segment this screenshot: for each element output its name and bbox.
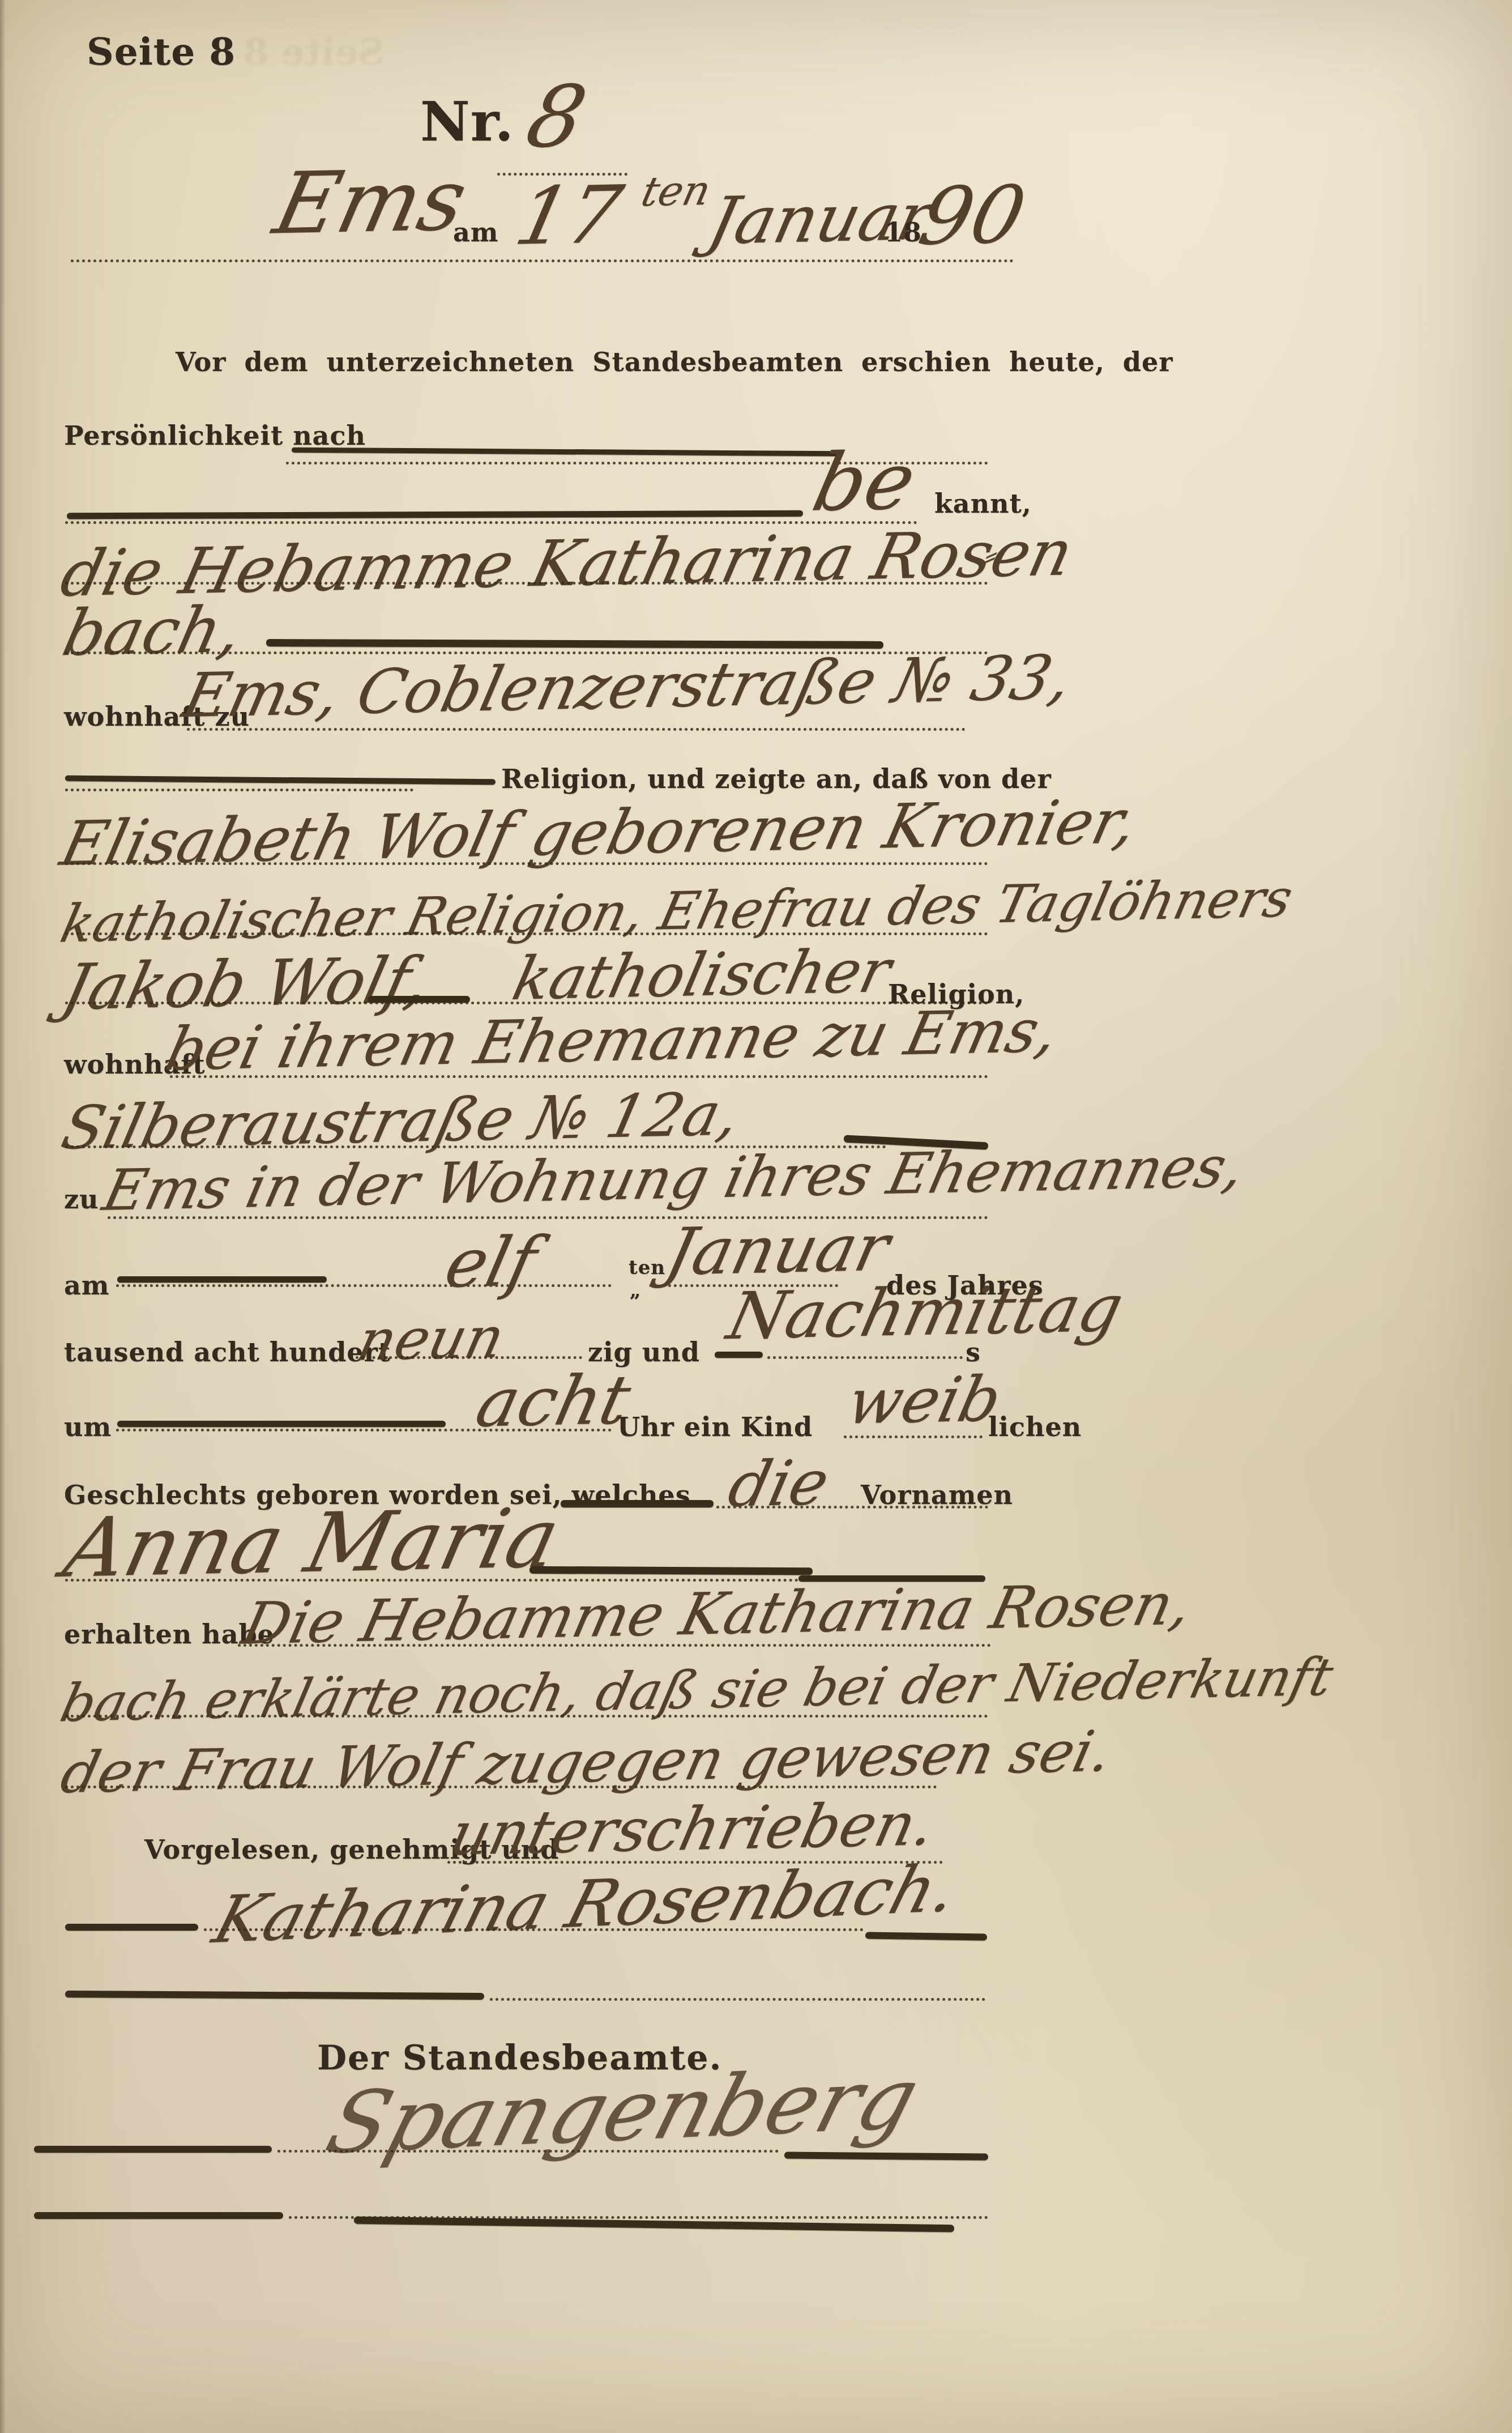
signed-word-handwritten: unterschrieben. bbox=[453, 1795, 932, 1864]
ink-stroke bbox=[266, 639, 883, 649]
dotted-rule bbox=[238, 1644, 991, 1647]
sex-suffix-printed: lichen bbox=[988, 1412, 1082, 1442]
ink-stroke bbox=[529, 1566, 813, 1575]
intro-printed-line: Vor dem unterzeichneten Standesbeamten e… bbox=[176, 347, 1173, 377]
uhr-ein-kind-printed: Uhr ein Kind bbox=[617, 1412, 813, 1442]
sex-handwritten: weib bbox=[849, 1364, 1000, 1437]
child-names-handwritten: Anna Maria bbox=[68, 1495, 556, 1591]
scanned-birth-record-page: Seite 8 Seite 8 Nr. 8 Ems am 17 ten Janu… bbox=[0, 0, 1512, 2433]
ink-stroke bbox=[65, 1991, 484, 2000]
known-handwritten: be bbox=[815, 436, 913, 529]
ink-stroke bbox=[292, 448, 841, 457]
dotted-rule bbox=[490, 1998, 985, 2001]
ten-quote-mark: „ bbox=[630, 1279, 642, 1302]
identity-printed-label: Persönlichkeit nach bbox=[64, 420, 366, 451]
dotted-rule bbox=[65, 862, 988, 865]
um-printed: um bbox=[64, 1412, 112, 1442]
ink-stroke bbox=[117, 1276, 327, 1282]
closing-handwritten-line2: bach erklärte noch, daß sie bei der Nied… bbox=[65, 1660, 1329, 1720]
dotted-rule bbox=[71, 259, 1014, 262]
dotted-rule bbox=[187, 728, 966, 731]
dotted-rule bbox=[767, 1356, 963, 1359]
mother-handwritten-line1: Elisabeth Wolf geborenen Kronier, bbox=[65, 798, 1133, 868]
day-handwritten: 17 bbox=[518, 170, 619, 262]
am-label: am bbox=[453, 217, 498, 248]
ink-stroke bbox=[65, 776, 496, 785]
page-number-label: Seite 8 bbox=[87, 29, 236, 74]
dotted-rule bbox=[204, 1928, 864, 1931]
year-prefix-printed: tausend acht hundert bbox=[64, 1337, 391, 1367]
registrar-signature: Spangenberg bbox=[334, 2062, 911, 2161]
place-handwritten: Ems bbox=[277, 153, 464, 252]
ink-stroke bbox=[117, 1421, 446, 1427]
dotted-rule bbox=[65, 932, 988, 935]
vornamen-printed: Vornamen bbox=[861, 1480, 1013, 1510]
birth-day-handwritten: elf bbox=[447, 1224, 535, 1302]
closing-handwritten-line1: Die Hebamme Katharina Rosen, bbox=[246, 1580, 1188, 1648]
ink-stroke bbox=[34, 2212, 283, 2219]
dotted-rule bbox=[65, 1715, 988, 1718]
record-number-label: Nr. bbox=[420, 90, 514, 154]
birth-am-printed: am bbox=[64, 1270, 109, 1301]
dotted-rule bbox=[65, 789, 413, 791]
record-number-value: 8 bbox=[529, 68, 583, 167]
year-handwritten: 90 bbox=[922, 170, 1023, 262]
ink-stroke bbox=[561, 1500, 714, 1507]
known-printed-suffix: kannt, bbox=[934, 488, 1032, 519]
ten-printed-suffix: ten bbox=[629, 1256, 665, 1279]
zu-printed-label: zu bbox=[64, 1184, 99, 1215]
die-handwritten: die bbox=[731, 1447, 827, 1520]
birthplace-handwritten: Ems in der Wohnung ihres Ehemannes, bbox=[108, 1145, 1240, 1212]
ink-stroke bbox=[67, 510, 803, 519]
father-religion-handwritten: katholischer bbox=[515, 940, 889, 1009]
dotted-rule bbox=[170, 1075, 988, 1078]
dotted-rule bbox=[65, 1786, 937, 1788]
dotted-rule bbox=[844, 1435, 983, 1438]
ink-stroke bbox=[34, 2146, 272, 2153]
dotted-rule bbox=[356, 1356, 582, 1359]
binding-shadow bbox=[0, 0, 6, 2433]
residence-handwritten: Ems, Coblenzerstraße № 33, bbox=[187, 651, 1068, 722]
dotted-rule bbox=[277, 2150, 779, 2153]
daytime-handwritten: Nachmittag bbox=[731, 1275, 1120, 1350]
day-suffix-handwritten: ten bbox=[643, 167, 710, 215]
hour-handwritten: acht bbox=[479, 1362, 628, 1441]
dotted-rule bbox=[65, 582, 988, 585]
bleed-through-ghost: Seite 8 bbox=[244, 31, 384, 74]
residence2-handwritten: bei ihrem Ehemanne zu Ems, bbox=[170, 1005, 1054, 1075]
dotted-rule bbox=[116, 1284, 612, 1287]
hyphenation-mark: ⸗ bbox=[985, 535, 997, 575]
ink-stroke bbox=[65, 1924, 198, 1931]
declarant-handwritten-line1: die Hebamme Katharina Rosen bbox=[65, 527, 1069, 600]
